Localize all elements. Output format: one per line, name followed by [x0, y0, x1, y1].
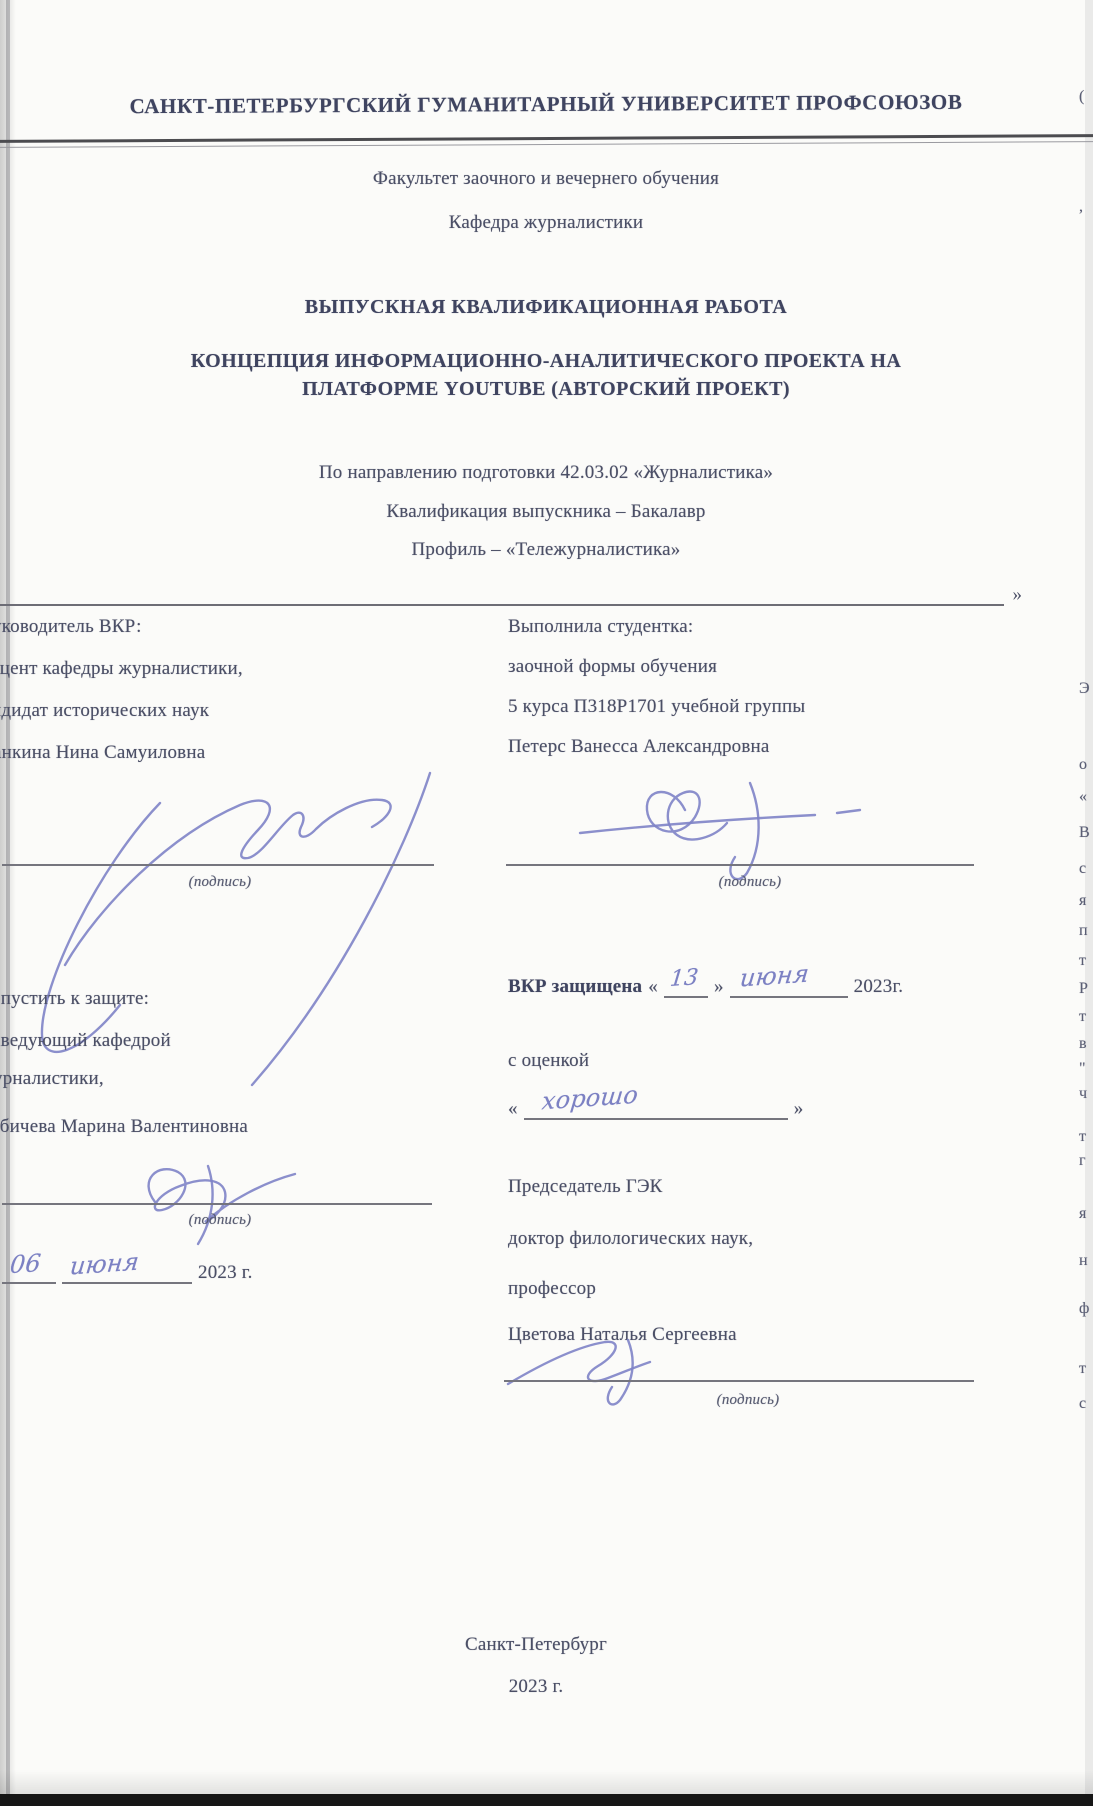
admission-signature-caption: (подпись) — [100, 1212, 340, 1229]
department-name: Кафедра журналистики — [6, 212, 1086, 234]
edge-char: я — [1079, 892, 1086, 910]
header-rule-thin — [0, 141, 1093, 148]
chairman-rank: профессор — [508, 1278, 596, 1300]
grade-quote-open: « — [508, 1098, 518, 1120]
defense-year: 2023г. — [854, 976, 904, 998]
admission-line1: опустить к защите: — [0, 988, 149, 1010]
defense-label: ВКР защищена — [508, 976, 642, 998]
grade-blank: хорошо — [524, 1094, 788, 1120]
admission-date-day-blank: 06 — [2, 1258, 56, 1284]
edge-char: т — [1079, 1360, 1086, 1378]
admission-signature-line — [2, 1203, 432, 1205]
edge-char: я — [1079, 1205, 1086, 1223]
chairman-signature-caption: (подпись) — [648, 1392, 848, 1409]
defense-day-blank: 13 — [664, 972, 708, 998]
admission-name: обичева Марина Валентиновна — [0, 1116, 248, 1138]
grade-line: « хорошо » — [508, 1094, 803, 1120]
student-signature-line — [506, 864, 974, 866]
chairman-degree: доктор филологических наук, — [508, 1228, 753, 1250]
scan-bottom-bar — [0, 1794, 1093, 1806]
defense-month-blank: июня — [730, 972, 848, 998]
footer-year: 2023 г. — [6, 1676, 1066, 1698]
supervisor-signature-line — [2, 864, 434, 866]
profile: Профиль – «Тележурналистика» — [6, 539, 1086, 561]
edge-char: ч — [1079, 1085, 1087, 1103]
faculty-name: Факультет заочного и вечернего обучения — [6, 168, 1086, 190]
university-name: САНКТ-ПЕТЕРБУРГСКИЙ ГУМАНИТАРНЫЙ УНИВЕРС… — [6, 89, 1086, 120]
defense-quote-open: « — [648, 976, 658, 998]
edge-char: т — [1079, 1008, 1086, 1026]
edge-char: ф — [1079, 1300, 1089, 1318]
student-name: Петерс Ванесса Александровна — [508, 736, 770, 758]
supervisor-signature-caption: (подпись) — [100, 874, 340, 891]
supervisor-position: оцент кафедры журналистики, — [0, 658, 243, 680]
edge-char: о — [1079, 756, 1087, 774]
work-title-line1: КОНЦЕПЦИЯ ИНФОРМАЦИОННО-АНАЛИТИЧЕСКОГО П… — [6, 350, 1086, 373]
work-title-line2: ПЛАТФОРМЕ YOUTUBE (АВТОРСКИЙ ПРОЕКТ) — [6, 378, 1086, 401]
edge-char: т — [1079, 952, 1086, 970]
student-signature — [565, 775, 865, 885]
chairman-title: Председатель ГЭК — [508, 1176, 663, 1198]
edge-char: с — [1079, 860, 1086, 878]
defense-month-handwritten: июня — [738, 959, 810, 992]
qualification: Квалификация выпускника – Бакалавр — [6, 501, 1086, 523]
grade-handwritten: хорошо — [540, 1081, 639, 1116]
supervisor-role: уководитель ВКР: — [0, 616, 142, 638]
student-label: Выполнила студентка: — [508, 616, 693, 638]
grade-label: с оценкой — [508, 1050, 589, 1072]
student-group: 5 курса П318Р1701 учебной группы — [508, 696, 805, 718]
topic-underline: » — [0, 584, 1004, 606]
admission-date-year: 2023 г. — [198, 1262, 253, 1284]
admission-date-month-handwritten: июня — [69, 1247, 141, 1280]
chairman-signature-line — [504, 1380, 974, 1382]
edge-char: Р — [1079, 980, 1088, 998]
edge-char: п — [1079, 922, 1088, 940]
footer-city: Санкт-Петербург — [6, 1634, 1066, 1656]
bottom-shadow — [0, 1770, 1093, 1794]
scanned-page: (,Эо«ВсяптРтв"чтгянфтс САНКТ-ПЕТЕРБУРГСК… — [0, 0, 1093, 1806]
admission-date-day-handwritten: 06 — [9, 1249, 43, 1279]
student-form: заочной формы обучения — [508, 656, 717, 678]
supervisor-degree: ндидат исторических наук — [0, 700, 209, 722]
edge-char: н — [1079, 1252, 1088, 1270]
edge-char: Э — [1079, 680, 1090, 698]
grade-quote-close: » — [794, 1098, 804, 1120]
work-type: ВЫПУСКНАЯ КВАЛИФИКАЦИОННАЯ РАБОТА — [6, 296, 1086, 319]
edge-char: г — [1079, 1152, 1086, 1170]
edge-char: В — [1079, 824, 1090, 842]
defense-quote-close: » — [714, 976, 724, 998]
edge-char: с — [1079, 1395, 1086, 1413]
direction: По направлению подготовки 42.03.02 «Журн… — [6, 462, 1086, 484]
defense-day-handwritten: 13 — [669, 965, 700, 992]
admission-date-line: 06 июня 2023 г. — [2, 1258, 253, 1284]
student-signature-caption: (подпись) — [650, 874, 850, 891]
admission-date-month-blank: июня — [62, 1258, 192, 1284]
admission-line2: аведующий кафедрой — [0, 1030, 171, 1052]
topic-close-quote: » — [1013, 584, 1023, 606]
edge-char: т — [1079, 1128, 1086, 1146]
edge-char: " — [1079, 1060, 1086, 1078]
edge-char: « — [1079, 788, 1087, 806]
admission-line3: урналистики, — [0, 1068, 104, 1090]
admission-signature — [110, 1160, 310, 1250]
edge-char: в — [1079, 1035, 1087, 1053]
defense-line: ВКР защищена « 13 » июня 2023г. — [508, 972, 903, 998]
